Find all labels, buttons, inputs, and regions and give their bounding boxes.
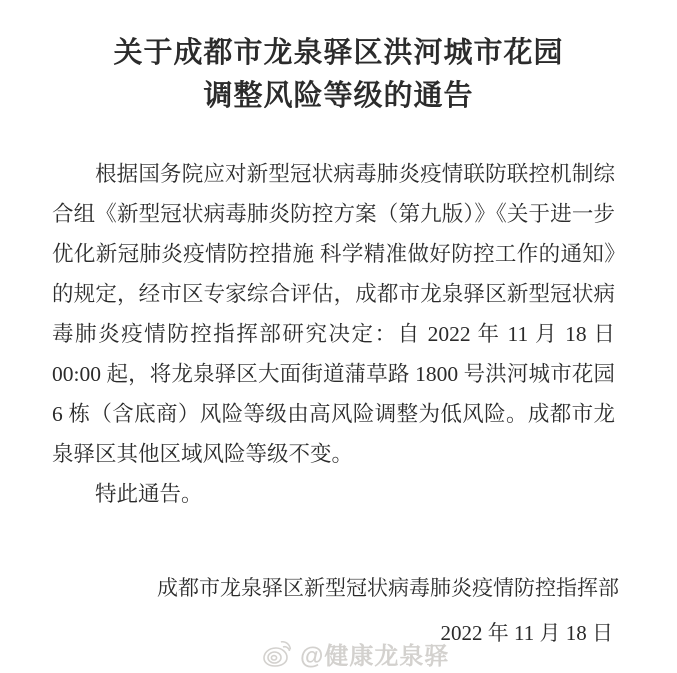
notice-paragraph-closing: 特此通告。 <box>52 474 615 514</box>
weibo-icon <box>262 640 294 668</box>
notice-title: 关于成都市龙泉驿区洪河城市花园 调整风险等级的通告 <box>0 0 677 118</box>
weibo-watermark: @健康龙泉驿 <box>262 636 449 671</box>
notice-document: 关于成都市龙泉驿区洪河城市花园 调整风险等级的通告 根据国务院应对新型冠状病毒肺… <box>0 0 677 673</box>
notice-issuer: 成都市龙泉驿区新型冠状病毒肺炎疫情防控指挥部 <box>52 568 619 608</box>
notice-title-line1: 关于成都市龙泉驿区洪河城市花园 <box>0 32 677 75</box>
notice-paragraph-main: 根据国务院应对新型冠状病毒肺炎疫情联防联控机制综合组《新型冠状病毒肺炎防控方案（… <box>52 154 615 474</box>
notice-title-line2: 调整风险等级的通告 <box>0 75 677 118</box>
notice-body: 根据国务院应对新型冠状病毒肺炎疫情联防联控机制综合组《新型冠状病毒肺炎防控方案（… <box>0 154 677 514</box>
weibo-watermark-text: @健康龙泉驿 <box>300 636 449 671</box>
